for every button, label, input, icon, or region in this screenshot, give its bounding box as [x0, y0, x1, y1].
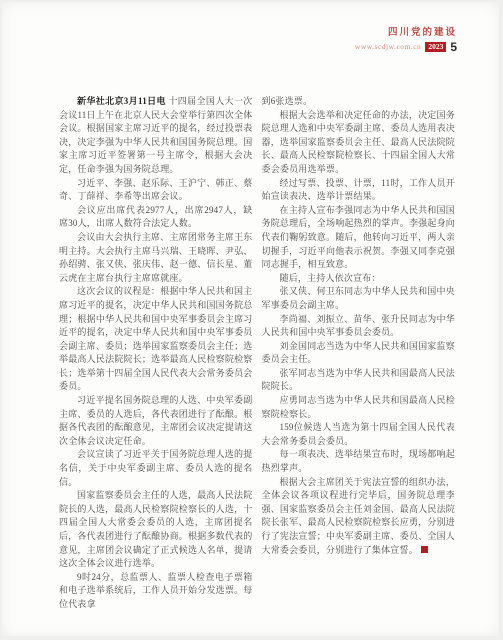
page-number: 5: [450, 41, 457, 53]
paragraph: 应勇同志当选为中华人民共和国最高人民检察院检察长。: [262, 394, 456, 421]
paragraph: 经过写票、投票、计票，11时，工作人员开始宣读表决、选举计票结果。: [262, 177, 456, 204]
paragraph: 到6张选票。: [262, 95, 456, 109]
paragraph: 在主持人宣布李强同志为中华人民共和国国务院总理后，全场响起热烈的掌声。李强起身向…: [262, 204, 456, 272]
header-meta-row: www.scdjw.com.cn 2023 5: [355, 41, 457, 53]
paragraph: 每一项表决、选举结果宣布时，现场都响起热烈掌声。: [262, 448, 456, 475]
issue-year-badge: 2023: [425, 42, 446, 52]
website-url: www.scdjw.com.cn: [355, 41, 421, 53]
column-left: 新华社北京3月11日电 十四届全国人大一次会议11日上午在北京人民大会堂举行第四…: [59, 95, 253, 612]
paragraph: 随后，主持人依次宣布：: [262, 272, 456, 286]
paragraph: 习近平、李强、赵乐际、王沪宁、韩正、蔡奇、丁薛祥、李希等出席会议。: [59, 177, 253, 204]
column-right: 到6张选票。根据大会选举和决定任命的办法，决定国务院总理人选和中央军委副主席、委…: [262, 95, 456, 612]
paragraph: 张军同志当选为中华人民共和国最高人民法院院长。: [262, 367, 456, 394]
paragraph: 会议由大会执行主席、主席团常务主席王东明主持。大会执行主席马兴瑞、王晓晖、尹弘、…: [59, 231, 253, 285]
paragraph: 这次会议的议程是：根据中华人民共和国主席习近平的提名，决定中华人民共和国国务院总…: [59, 285, 253, 394]
paragraph: 会议应出席代表2977人，出席2947人，缺席30人，出席人数符合法定人数。: [59, 204, 253, 231]
page-header: 四川党的建设 www.scdjw.com.cn 2023 5: [355, 27, 457, 53]
paragraph: 9时24分，总监票人、监票人检查电子票箱和电子选举系统后，工作人员开始分发选票。…: [59, 571, 253, 612]
paragraph: 李尚福、刘振立、苗华、张升民同志为中华人民共和国中央军事委员会委员。: [262, 313, 456, 340]
paragraph: 习近平提名国务院总理的人选、中央军委副主席、委员的人选后，各代表团进行了酝酿。根…: [59, 394, 253, 448]
paragraph: 刘金国同志当选为中华人民共和国国家监察委员会主任。: [262, 340, 456, 367]
paragraph: 根据大会选举和决定任命的办法，决定国务院总理人选和中央军委副主席、委员人选用表决…: [262, 109, 456, 177]
dateline: 新华社北京3月11日电: [77, 96, 168, 106]
paragraph: 会议宣读了习近平关于国务院总理人选的提名信，关于中央军委副主席、委员人选的提名信…: [59, 448, 253, 489]
paragraph: 国家监察委员会主任的人选，最高人民法院院长的人选，最高人民检察院检察长的人选，十…: [59, 489, 253, 571]
paragraph: 新华社北京3月11日电 十四届全国人大一次会议11日上午在北京人民大会堂举行第四…: [59, 95, 253, 177]
paragraph: 张又侠、何卫东同志为中华人民共和国中央军事委员会副主席。: [262, 285, 456, 312]
magazine-page: 四川党的建设 www.scdjw.com.cn 2023 5 新华社北京3月11…: [2, 2, 499, 636]
article-end-mark-icon: [421, 546, 428, 553]
paragraph: 根据大会主席团关于宪法宣誓的组织办法，全体会议各项议程进行完毕后，国务院总理李强…: [262, 476, 456, 558]
paragraph: 159位候选人当选为第十四届全国人民代表大会常务委员会委员。: [262, 421, 456, 448]
magazine-title: 四川党的建设: [355, 27, 457, 39]
article-body: 新华社北京3月11日电 十四届全国人大一次会议11日上午在北京人民大会堂举行第四…: [59, 95, 455, 612]
